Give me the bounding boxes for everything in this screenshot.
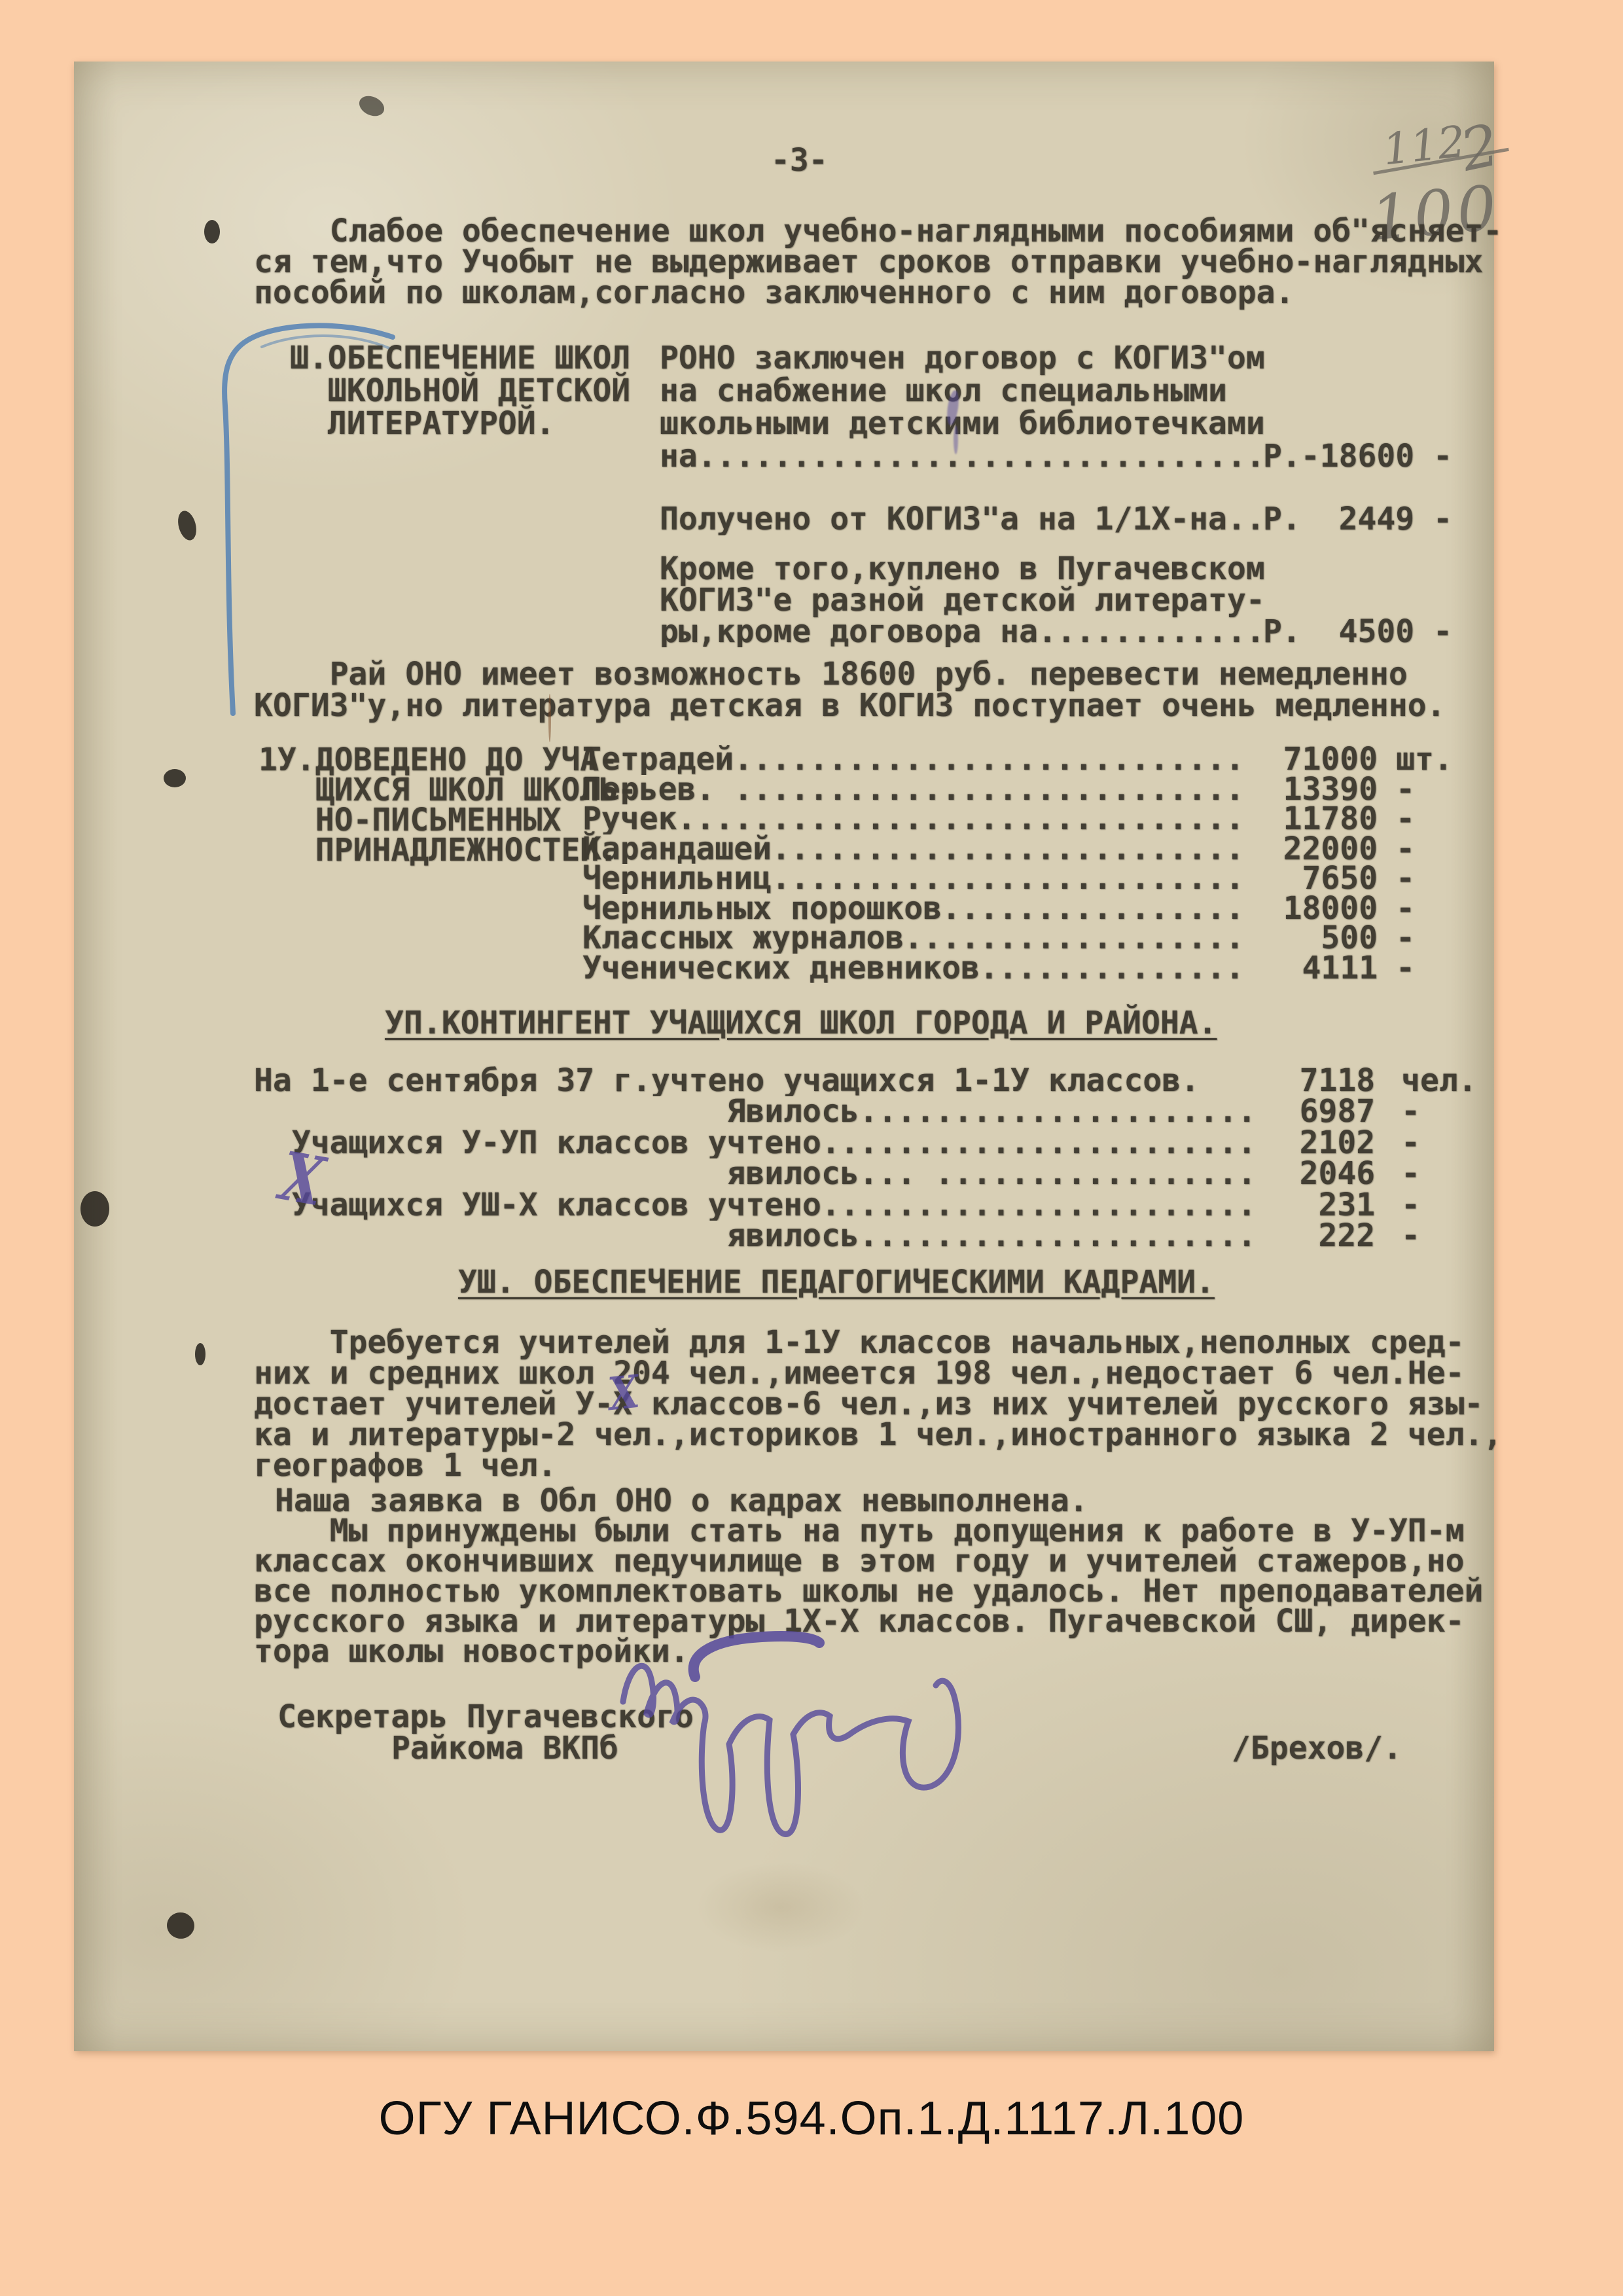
item-label: Чернильных порошков................: [582, 894, 1249, 924]
item-unit: шт.: [1378, 745, 1495, 775]
scanned-document-sheet: -3- 112 2 100 Слабое обеспечение школ уч…: [74, 62, 1494, 2051]
section8-paragraph-1: Требуется учителей для 1-1У классов нача…: [254, 1327, 1502, 1481]
scan-artifact-blob: [195, 1343, 205, 1365]
section3-body-block: РОНО заключен договор с КОГИЗ"ом на снаб…: [660, 342, 1492, 473]
section7-title: УП.КОНТИНГЕНТ УЧАЩИХСЯ ШКОЛ ГОРОДА И РАЙ…: [385, 1008, 1217, 1039]
scan-artifact-blob: [356, 92, 387, 120]
scan-artifact-blob: [204, 220, 220, 243]
row-value: 7118: [1253, 1066, 1375, 1096]
contingent-row-8-10-yavilos: явилось......................222-: [254, 1221, 1497, 1251]
pencil-crossed-number: 112: [1380, 117, 1467, 175]
row-unit: чел.: [1375, 1066, 1497, 1096]
item-row-dnevniki: Ученических дневников..............4111-: [582, 954, 1495, 984]
contract-dots-label: на..............................: [660, 440, 1263, 473]
item-label: Перьев. ...........................: [582, 775, 1249, 805]
row-label: Учащихся УШ-Х классов учтено............…: [254, 1190, 1253, 1221]
item-label: Ручек..............................: [582, 804, 1249, 834]
row-label: Явилось......................: [254, 1096, 1253, 1127]
item-unit: -: [1378, 804, 1495, 834]
row-unit: -: [1375, 1158, 1497, 1189]
item-row-tetradi: Тетрадей...........................71000…: [582, 745, 1495, 775]
item-value: 71000: [1249, 745, 1378, 775]
row-label: явилось... ..................: [254, 1158, 1253, 1189]
section3-received-row: Получено от КОГИЗ"а на 1/1Х-на.. Р. 2449…: [660, 503, 1492, 535]
item-unit: -: [1378, 894, 1495, 924]
received-amount: Р. 2449 -: [1263, 503, 1492, 535]
row-value: 2046: [1253, 1158, 1375, 1189]
item-label: Ученических дневников..............: [582, 954, 1249, 984]
section3-contract-row: на.............................. Р.-1860…: [660, 440, 1492, 473]
brown-scratch-line: [548, 694, 551, 742]
item-unit: -: [1378, 924, 1495, 954]
row-unit: -: [1375, 1221, 1497, 1251]
item-label: Чернильниц.........................: [582, 864, 1249, 894]
row-unit: -: [1375, 1128, 1497, 1158]
item-row-chernilnitsy: Чернильниц.........................7650-: [582, 864, 1495, 894]
row-label: На 1-е сентября 37 г.учтено учащихся 1-1…: [254, 1066, 1253, 1096]
row-value: 222: [1253, 1221, 1375, 1251]
section3-body: РОНО заключен договор с КОГИЗ"ом на снаб…: [660, 342, 1492, 440]
purple-ink-drip: [954, 425, 958, 454]
item-row-zhurnaly: Классных журналов..................500-: [582, 924, 1495, 954]
signature-ink: [589, 1604, 1099, 1878]
scan-artifact-blob: [165, 1910, 196, 1941]
signature-name: /Брехов/.: [1232, 1733, 1402, 1764]
punch-hole: [80, 1191, 109, 1227]
row-value: 6987: [1253, 1096, 1375, 1127]
krome-dots-label: ры,кроме договора на............: [660, 616, 1263, 647]
contingent-row-1-4-uchteno: На 1-е сентября 37 г.учтено учащихся 1-1…: [254, 1066, 1497, 1096]
item-unit: -: [1378, 834, 1495, 865]
krome-amount: Р. 4500 -: [1263, 616, 1492, 647]
row-unit: -: [1375, 1096, 1497, 1127]
section8-zayavka-line: Наша заявка в Обл ОНО о кадрах невыполне…: [275, 1486, 1088, 1516]
intro-paragraph: Слабое обеспечение школ учебно-наглядным…: [254, 216, 1502, 308]
item-value: 11780: [1249, 804, 1378, 834]
item-unit: -: [1378, 864, 1495, 894]
item-value: 4111: [1249, 954, 1378, 984]
signature-role-line2: Райкома ВКПб: [391, 1733, 618, 1764]
scan-artifact-blob: [175, 509, 199, 542]
section8-title: УШ. ОБЕСПЕЧЕНИЕ ПЕДАГОГИЧЕСКИМИ КАДРАМИ.: [458, 1267, 1215, 1298]
purple-ink-insert-mark-2: Х: [606, 1366, 642, 1422]
section3-krome-block: Кроме того,куплено в Пугачевском КОГИЗ"е…: [660, 553, 1492, 647]
archive-reference-caption: ОГУ ГАНИСО.Ф.594.Оп.1.Д.1117.Л.100: [0, 2092, 1623, 2145]
section4-items-list: Тетрадей...........................71000…: [582, 745, 1495, 983]
paper-stain: [696, 1861, 866, 1953]
item-unit: -: [1378, 954, 1495, 984]
item-value: 7650: [1249, 864, 1378, 894]
section7-contingent-table: На 1-е сентября 37 г.учтено учащихся 1-1…: [254, 1066, 1497, 1251]
contingent-row-1-4-yavilos: Явилось......................6987-: [254, 1096, 1497, 1127]
item-value: 500: [1249, 924, 1378, 954]
item-label: Карандашей.........................: [582, 834, 1249, 865]
row-label: Учащихся У-УП классов учтено............…: [254, 1128, 1253, 1158]
item-unit: -: [1378, 775, 1495, 805]
item-label: Классных журналов..................: [582, 924, 1249, 954]
contract-amount: Р.-18600 -: [1263, 440, 1492, 473]
krome-paragraph: Кроме того,куплено в Пугачевском КОГИЗ"е…: [660, 553, 1492, 616]
scan-artifact-blob: [164, 769, 186, 787]
item-row-ruchki: Ручек..............................11780…: [582, 804, 1495, 834]
krome-amount-row: ры,кроме договора на............ Р. 4500…: [660, 616, 1492, 647]
rayono-paragraph: Рай ОНО имеет возможность 18600 руб. пер…: [254, 658, 1446, 721]
contingent-row-5-7-uchteno: Учащихся У-УП классов учтено............…: [254, 1128, 1497, 1158]
row-label: явилось......................: [254, 1221, 1253, 1251]
section4-heading: 1У.ДОВЕДЕНО ДО УЧА- ЩИХСЯ ШКОЛ ШКОЛЬ- НО…: [259, 745, 637, 865]
contingent-row-8-10-uchteno: Учащихся УШ-Х классов учтено............…: [254, 1190, 1497, 1221]
row-value: 2102: [1253, 1128, 1375, 1158]
row-value: 231: [1253, 1190, 1375, 1221]
section3-heading: Ш.ОБЕСПЕЧЕНИЕ ШКОЛ ШКОЛЬНОЙ ДЕТСКОЙ ЛИТЕ…: [290, 342, 630, 440]
received-label: Получено от КОГИЗ"а на 1/1Х-на..: [660, 503, 1263, 535]
row-unit: -: [1375, 1190, 1497, 1221]
page-number: -3-: [771, 145, 828, 176]
section3-received-block: Получено от КОГИЗ"а на 1/1Х-на.. Р. 2449…: [660, 503, 1492, 535]
contingent-row-5-7-yavilos: явилось... ..................2046-: [254, 1158, 1497, 1189]
item-label: Тетрадей...........................: [582, 745, 1249, 775]
